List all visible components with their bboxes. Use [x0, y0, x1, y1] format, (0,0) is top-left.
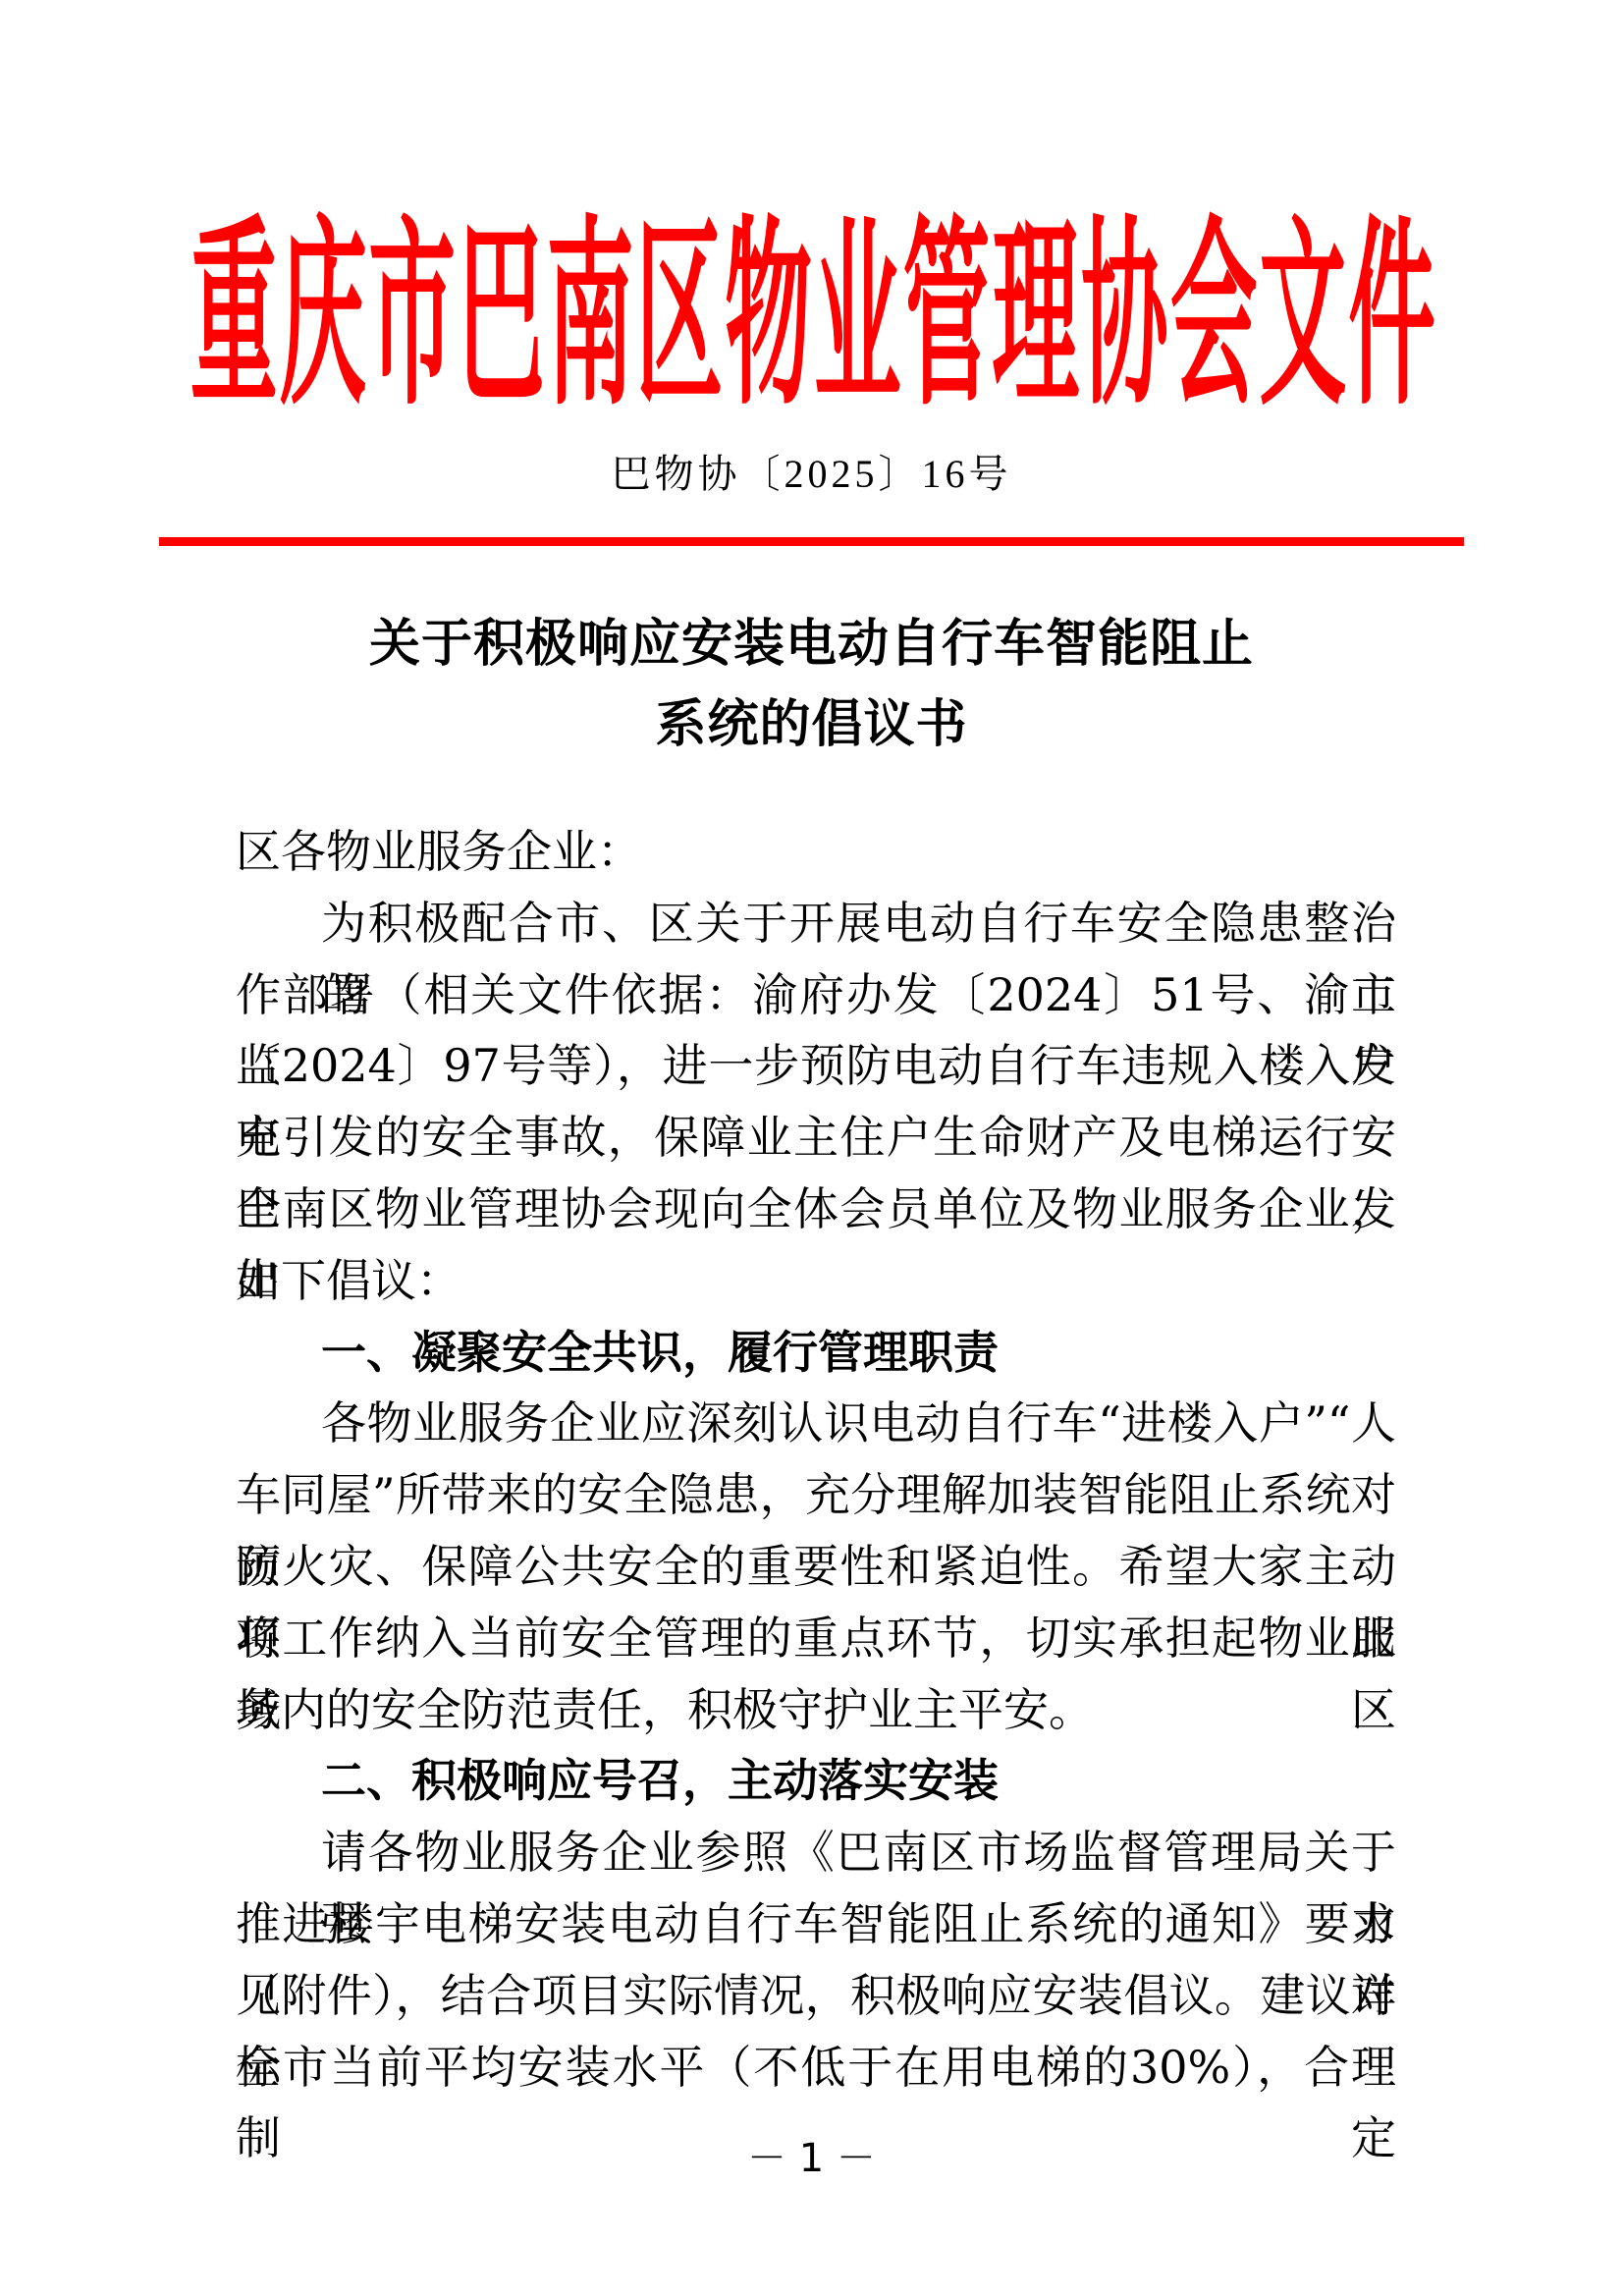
- intro-line: 巴南区物业管理协会现向全体会员单位及物业服务企业发出: [236, 1174, 1396, 1245]
- intro-line: 作部署（相关文件依据：渝府办发〔2024〕51号、渝市监发: [236, 959, 1396, 1031]
- section-2-line: 请各物业服务企业参照《巴南区市场监督管理局关于强力: [236, 1817, 1396, 1888]
- intro-line: 如下倡议：: [236, 1245, 1396, 1317]
- document-body: 区各物业服务企业： 为积极配合市、区关于开展电动自行车安全隐患整治的工 作部署（…: [236, 816, 1396, 2103]
- section-heading-2: 二、积极响应号召，主动落实安装: [236, 1745, 1396, 1817]
- salutation: 区各物业服务企业：: [236, 816, 1396, 888]
- issuer-title: 重庆市巴南区物业管理协会文件: [190, 156, 1437, 444]
- section-1-line: 各物业服务企业应深刻认识电动自行车“进楼入户”“人: [236, 1388, 1396, 1459]
- document-title: 关于积极响应安装电动自行车智能阻止 系统的倡议书: [0, 604, 1623, 765]
- intro-line: 为积极配合市、区关于开展电动自行车安全隐患整治的工: [236, 888, 1396, 959]
- intro-line: 〔2024〕97号等），进一步预防电动自行车违规入楼入户充: [236, 1030, 1396, 1102]
- document-title-line-2: 系统的倡议书: [0, 684, 1623, 765]
- issuer-header: 重庆市巴南区物业管理协会文件: [243, 187, 1384, 412]
- section-1-line: 防火灾、保障公共安全的重要性和紧迫性。希望大家主动将此: [236, 1531, 1396, 1603]
- document-title-line-1: 关于积极响应安装电动自行车智能阻止: [0, 604, 1623, 684]
- section-2-line: 推进楼宇电梯安装电动自行车智能阻止系统的通知》要求（详: [236, 1888, 1396, 1960]
- document-number: 巴物协〔2025〕16号: [0, 447, 1623, 502]
- section-2-line: 全市当前平均安装水平（不低于在用电梯的30%），合理制定: [236, 2032, 1396, 2104]
- red-divider-rule: [159, 537, 1464, 546]
- page-number: － 1 －: [0, 2133, 1623, 2184]
- section-1-line: 车同屋”所带来的安全隐患，充分理解加装智能阻止系统对预: [236, 1459, 1396, 1531]
- intro-line: 电引发的安全事故，保障业主住户生命财产及电梯运行安全，: [236, 1102, 1396, 1174]
- section-2-line: 见附件），结合项目实际情况，积极响应安装倡议。建议对标: [236, 1960, 1396, 2032]
- section-heading-1: 一、凝聚安全共识，履行管理职责: [236, 1317, 1396, 1389]
- section-1-line: 项工作纳入当前安全管理的重点环节，切实承担起物业服务区: [236, 1603, 1396, 1674]
